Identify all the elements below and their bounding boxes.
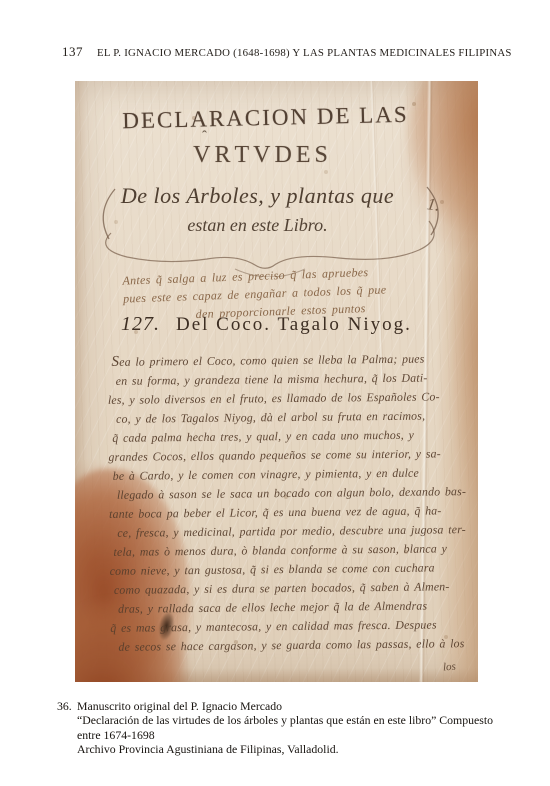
caption-line-3: entre 1674-1698	[77, 728, 493, 742]
book-page: 137 EL P. IGNACIO MERCADO (1648-1698) Y …	[0, 0, 550, 786]
manuscript-catchword: los	[443, 661, 457, 674]
manuscript-title-line1: DECLARACION DE LAS	[75, 101, 456, 136]
manuscript-subtitle-line1: De los Arboles, y plantas que	[75, 183, 440, 209]
running-head: 137 EL P. IGNACIO MERCADO (1648-1698) Y …	[62, 44, 522, 60]
caption-number: 36.	[57, 699, 77, 713]
manuscript-photograph: DECLARACION DE LAS VRTVDES De los Arbole…	[75, 81, 478, 682]
page-number: 137	[62, 44, 83, 60]
caption-line-4: Archivo Provincia Agustiniana de Filipin…	[77, 742, 493, 756]
caption-line-1: 36. Manuscrito original del P. Ignacio M…	[57, 699, 493, 713]
manuscript-line: de secos se hace cargason, y se guarda c…	[118, 634, 467, 657]
caption-line-2: “Declaración de las virtudes de los árbo…	[77, 713, 493, 727]
chapter-number: 127.	[121, 313, 160, 335]
manuscript-title-line2: VRTVDES	[75, 142, 450, 169]
paper-specks	[75, 81, 77, 83]
manuscript-subtitle-line2: estan en este Libro.	[75, 215, 440, 236]
manuscript-chapter-heading: 127.Del Coco. Tagalo Niyog.	[121, 313, 412, 336]
running-title: EL P. IGNACIO MERCADO (1648-1698) Y LAS …	[97, 47, 512, 59]
caption-title: Manuscrito original del P. Ignacio Merca…	[77, 699, 282, 713]
chapter-title: Del Coco. Tagalo Niyog.	[176, 314, 412, 335]
figure-caption: 36. Manuscrito original del P. Ignacio M…	[57, 699, 493, 756]
manuscript-body-text: Sea lo primero el Coco, como quien se ll…	[111, 349, 467, 657]
